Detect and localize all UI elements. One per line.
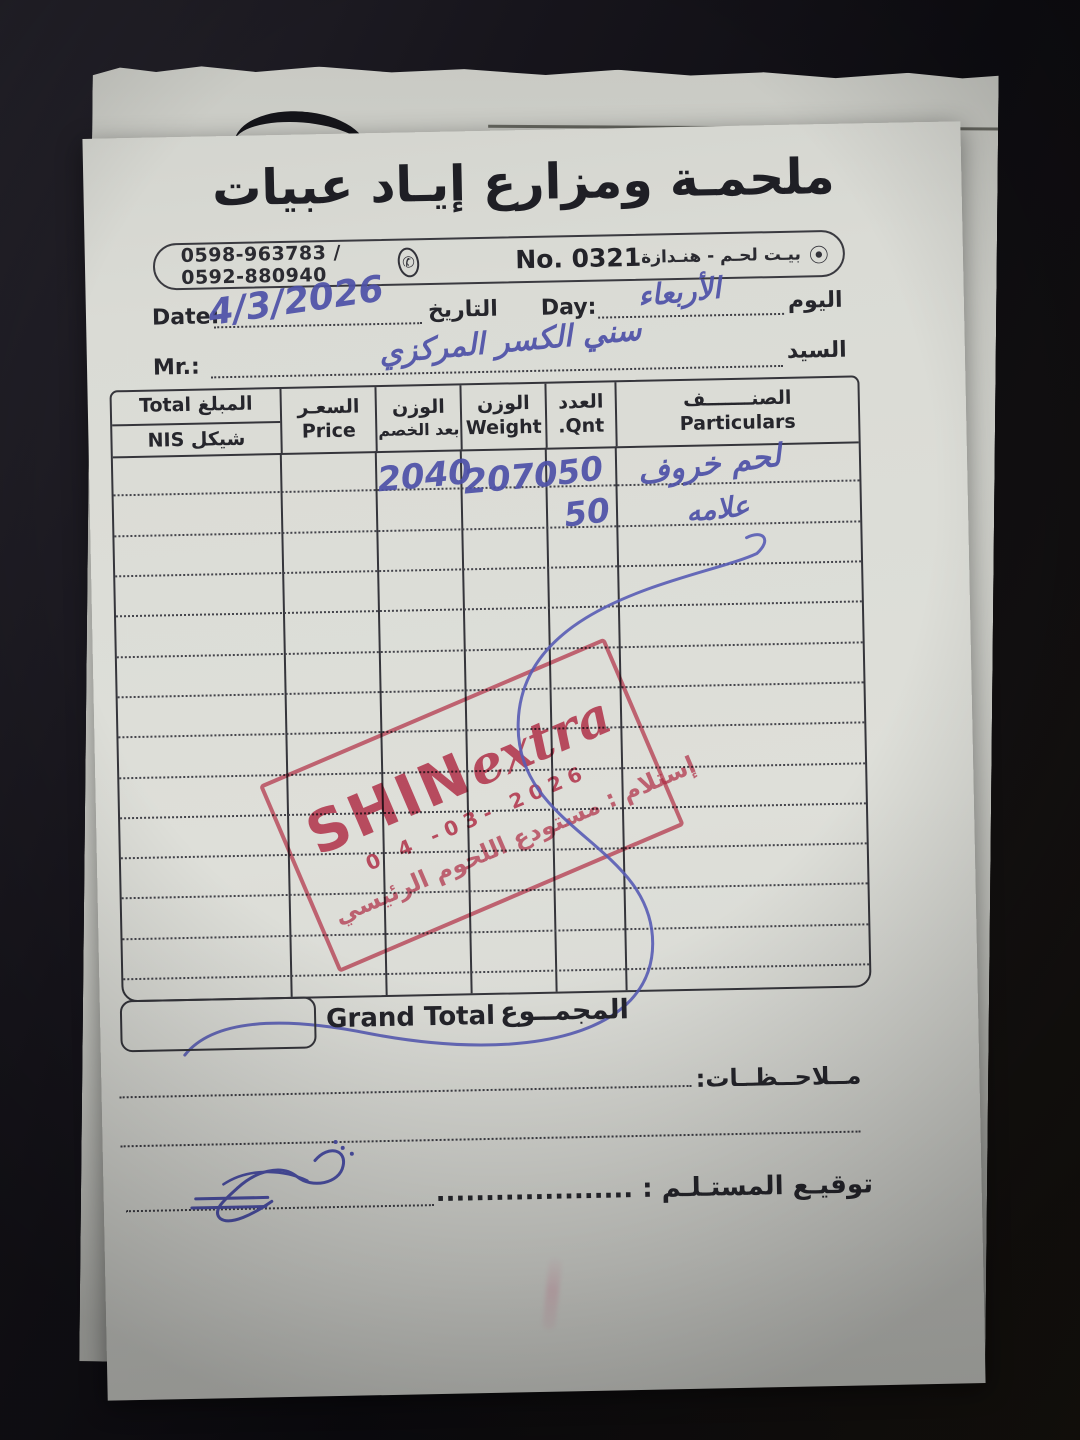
invoice-sheet: ملحمـة ومزارع إيـاد عبيات 0598-963783 / … [82, 121, 985, 1400]
signature-scribble [165, 1135, 379, 1225]
grand-total-label-ar: المجمــوع [500, 994, 629, 1028]
notes-label: مــلاحــظــات: [695, 1061, 862, 1092]
grand-total-label-en: Grand Total [326, 1001, 495, 1034]
grand-total-box [120, 996, 317, 1052]
